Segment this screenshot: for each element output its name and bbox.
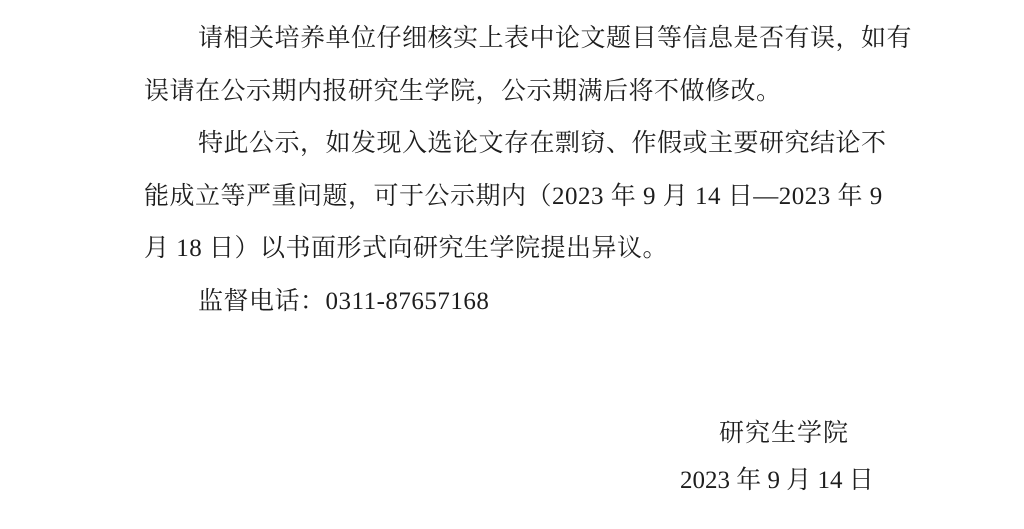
notice-line-3: 特此公示，如发现入选论文存在剽窃、作假或主要研究结论不 bbox=[144, 118, 904, 171]
notice-line-4: 能成立等严重问题，可于公示期内（2023 年 9 月 14 日—2023 年 9 bbox=[144, 171, 904, 224]
notice-line-1: 请相关培养单位仔细核实上表中论文题目等信息是否有误，如有 bbox=[144, 13, 904, 66]
notice-line-5: 月 18 日）以书面形式向研究生学院提出异议。 bbox=[144, 223, 904, 276]
document-page: 请相关培养单位仔细核实上表中论文题目等信息是否有误，如有 误请在公示期内报研究生… bbox=[0, 0, 1024, 529]
signature-date: 2023 年 9 月 14 日 bbox=[680, 466, 874, 496]
signature-organization: 研究生学院 bbox=[719, 419, 849, 449]
supervision-phone-line: 监督电话：0311-87657168 bbox=[144, 276, 904, 329]
notice-line-2: 误请在公示期内报研究生学院，公示期满后将不做修改。 bbox=[144, 66, 904, 119]
notice-body: 请相关培养单位仔细核实上表中论文题目等信息是否有误，如有 误请在公示期内报研究生… bbox=[144, 13, 904, 328]
